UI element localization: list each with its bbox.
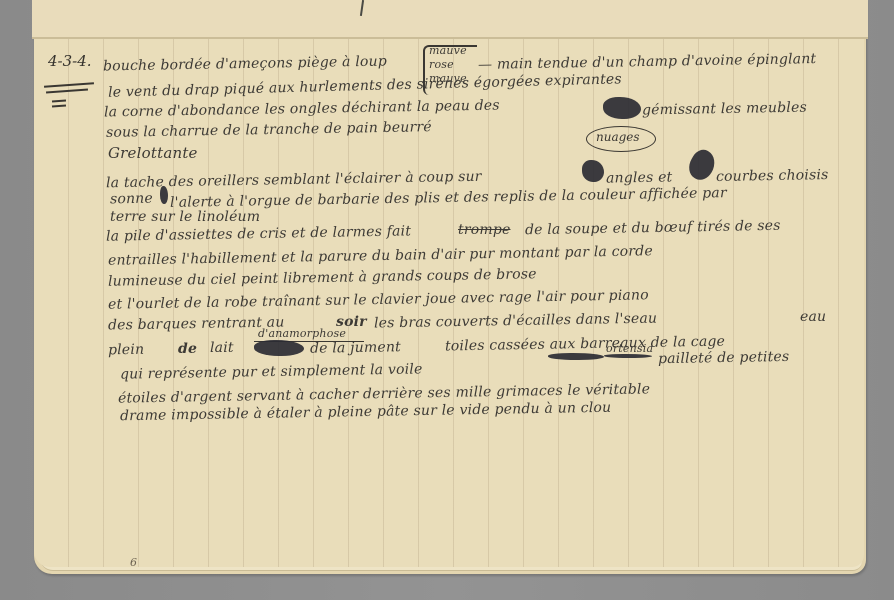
handwritten-line-continuation: angles et: [606, 169, 673, 186]
emphasized-word: de: [178, 341, 197, 357]
circled-word: nuages: [596, 130, 640, 144]
handwritten-line: plein: [108, 342, 144, 359]
margin-number: 4-3-4.: [48, 52, 92, 70]
handwritten-line-continuation: de la jument: [310, 339, 401, 357]
ink-blot: [582, 160, 604, 182]
handwritten-line-end: eau: [800, 309, 826, 325]
ink-scribble: [548, 353, 604, 360]
handwritten-line-continuation: courbes choisis: [716, 167, 829, 185]
struck-word: trompe: [458, 222, 510, 238]
top-facing-page: [32, 0, 868, 39]
bracket-word: mauve: [429, 44, 467, 57]
handwritten-line: sonne: [110, 191, 153, 208]
ink-blot: [254, 340, 304, 356]
ink-blot: [603, 97, 641, 119]
handwritten-line: terre sur le linoléum: [110, 209, 260, 225]
ink-blot: [160, 186, 168, 204]
handwritten-heading: Grelottante: [108, 144, 198, 162]
bracket-word: rose: [429, 58, 454, 71]
handwritten-line-continuation: gémissant les meubles: [642, 100, 807, 119]
handwritten-line-continuation: pailleté de petites: [658, 349, 790, 367]
handwritten-line-continuation: lait: [210, 340, 234, 356]
page-corner-mark: 6: [130, 556, 137, 569]
ink-strike-line: [604, 354, 652, 358]
top-flap-pen-mark: [360, 0, 364, 16]
interlinear-insertion: d'anamorphose: [258, 327, 346, 340]
